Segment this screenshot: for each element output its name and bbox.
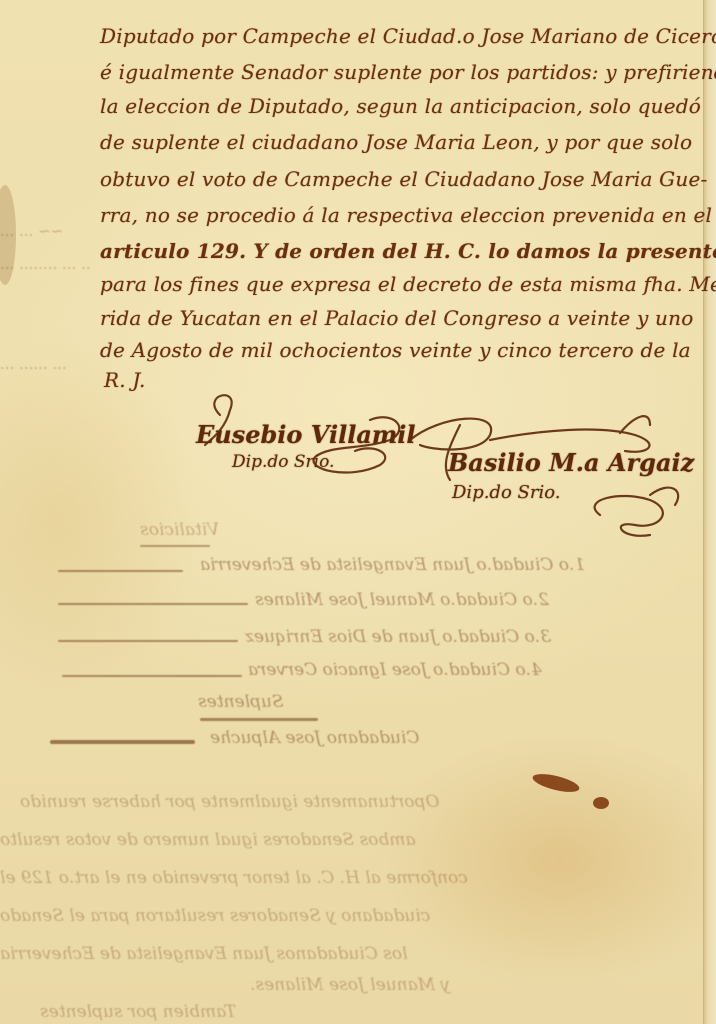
bleed-lower-line: y Manuel Jose Milanes. bbox=[250, 975, 450, 995]
ink-blot bbox=[531, 770, 581, 795]
bleed-list-item: 3.o Ciudad.o Juan de Dios Enriquez bbox=[245, 627, 551, 647]
signature-title: Dip.do Srio. bbox=[452, 482, 560, 503]
body-line: rra, no se procedio á la respectiva elec… bbox=[100, 203, 690, 227]
bleed-rule bbox=[200, 718, 318, 721]
bleed-lower-line: ambos Senadores igual numero de votos re… bbox=[0, 830, 416, 850]
bleed-through-line: ... ...... ... bbox=[0, 355, 67, 373]
bleed-lower-line: los Ciudadanos Juan Evangelista de Echev… bbox=[0, 944, 408, 964]
bleed-list-item: 2.o Ciudad.o Manuel Jose Milanes bbox=[255, 590, 549, 610]
body-line: de suplente el ciudadano Jose Maria Leon… bbox=[100, 130, 690, 154]
body-line: Diputado por Campeche el Ciudad.o Jose M… bbox=[100, 24, 690, 48]
body-line: para los fines que expresa el decreto de… bbox=[100, 272, 690, 296]
manuscript-page: ~~ ... ... .. ... ........ ... ... .....… bbox=[0, 0, 716, 1024]
body-line: é igualmente Senador suplente por los pa… bbox=[100, 60, 690, 84]
bleed-lower-line: conforme al H. C. al tenor prevenido en … bbox=[0, 868, 468, 888]
signature-name: Basilio M.a Argaiz bbox=[448, 448, 694, 477]
list-rule bbox=[58, 570, 183, 572]
bleed-suplente: Ciudadano Jose Alpuche bbox=[210, 728, 419, 748]
page-edge bbox=[703, 0, 716, 1024]
body-line: la eleccion de Diputado, segun la antici… bbox=[100, 94, 690, 118]
bleed-lower-line: Oportunamente igualmente por haberse reu… bbox=[20, 792, 439, 812]
body-line: articulo 129. Y de orden del H. C. lo da… bbox=[100, 239, 690, 263]
bleed-through-line: ~~ ... ... bbox=[0, 222, 63, 240]
ink-blot bbox=[593, 797, 609, 809]
body-line: rida de Yucatan en el Palacio del Congre… bbox=[100, 306, 690, 330]
bleed-rule bbox=[140, 545, 210, 547]
list-rule bbox=[62, 675, 242, 677]
signature-title: Dip.do Srio. bbox=[232, 452, 334, 472]
bleed-lower-line: Tambien por suplentes bbox=[40, 1002, 236, 1022]
body-line: obtuvo el voto de Campeche el Ciudadano … bbox=[100, 167, 690, 191]
bleed-list-item: 1.o Ciudad.o Juan Evangelista de Echever… bbox=[200, 555, 585, 575]
bleed-heading: Vitalicios bbox=[140, 520, 219, 540]
bleed-lower-line: ciudadano y Senadores resultaron para el… bbox=[0, 906, 430, 926]
signature-name: Eusebio Villamil bbox=[196, 420, 416, 449]
list-rule bbox=[58, 640, 238, 642]
bleed-list-item: 4.o Ciudad.o Jose Ignacio Cervera bbox=[248, 660, 542, 680]
bleed-heading: Suplentes bbox=[198, 692, 284, 712]
list-rule bbox=[58, 603, 248, 605]
list-rule bbox=[50, 740, 195, 744]
body-line: R. J. bbox=[104, 368, 694, 392]
bleed-through-line: .. ... ........ ... bbox=[0, 255, 91, 273]
body-line: de Agosto de mil ochocientos veinte y ci… bbox=[100, 338, 690, 362]
